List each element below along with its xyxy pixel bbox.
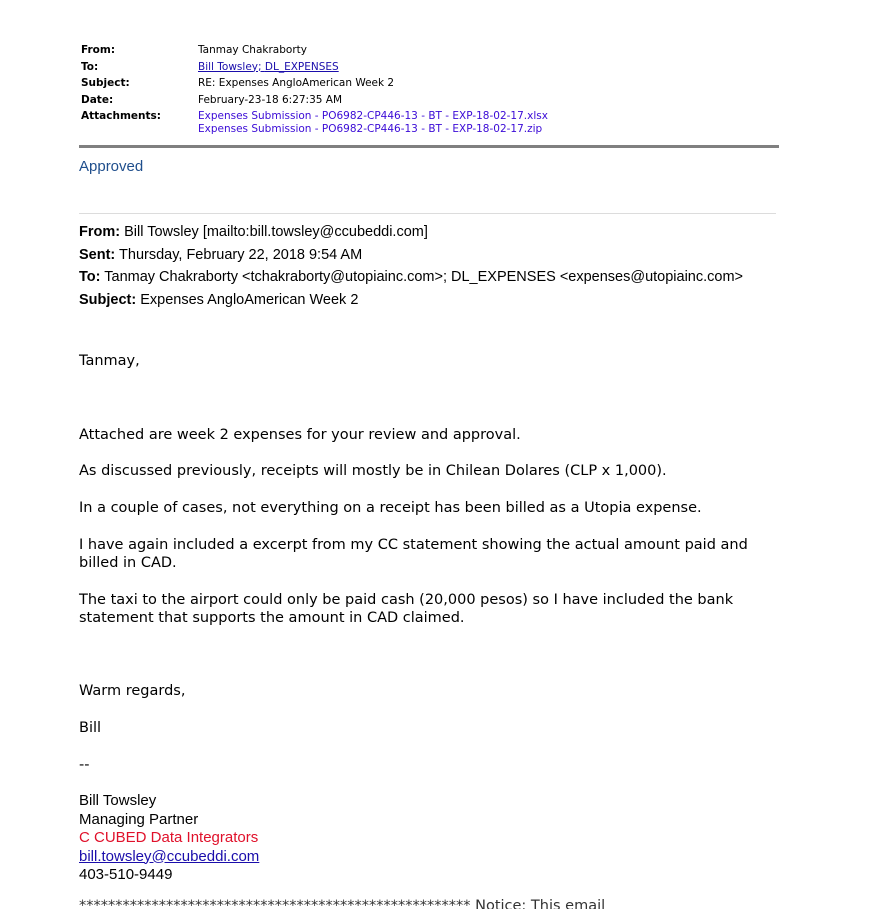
signature-block: Bill Towsley Managing Partner C CUBED Da… <box>79 792 259 885</box>
header-from-row: From: Tanmay Chakraborty <box>81 42 548 59</box>
paragraph-1: Attached are week 2 expenses for your re… <box>79 426 521 444</box>
greeting: Tanmay, <box>79 352 140 370</box>
from-label: From: <box>81 42 198 59</box>
header-attachments-row: Attachments: Expenses Submission - PO698… <box>81 108 548 125</box>
attachments-list: Expenses Submission - PO6982-CP446-13 - … <box>198 108 548 125</box>
header-subject-row: Subject: RE: Expenses AngloAmerican Week… <box>81 75 548 92</box>
recipient-link-dl-expenses[interactable]: DL_EXPENSES <box>265 61 339 73</box>
quoted-subject-value: Expenses AngloAmerican Week 2 <box>140 292 358 308</box>
quoted-divider <box>79 213 776 214</box>
signature-email-link[interactable]: bill.towsley@ccubeddi.com <box>79 848 259 865</box>
quoted-from: From: Bill Towsley [mailto:bill.towsley@… <box>79 221 743 244</box>
attachment-xlsx[interactable]: Expenses Submission - PO6982-CP446-13 - … <box>198 110 548 123</box>
email-header: From: Tanmay Chakraborty To: Bill Towsle… <box>81 42 548 125</box>
paragraph-5-line-1: The taxi to the airport could only be pa… <box>79 591 733 609</box>
paragraph-4-line-2: billed in CAD. <box>79 554 177 572</box>
sender-first-name: Bill <box>79 719 101 737</box>
reply-text: Approved <box>79 158 143 175</box>
recipient-separator: ; <box>258 61 265 73</box>
header-to-row: To: Bill Towsley; DL_EXPENSES <box>81 59 548 76</box>
header-divider <box>79 145 779 148</box>
signature-name: Bill Towsley <box>79 792 259 811</box>
header-date-row: Date: February-23-18 6:27:35 AM <box>81 92 548 109</box>
attachment-zip[interactable]: Expenses Submission - PO6982-CP446-13 - … <box>198 123 548 136</box>
from-value: Tanmay Chakraborty <box>198 42 548 59</box>
paragraph-2: As discussed previously, receipts will m… <box>79 462 667 480</box>
closing: Warm regards, <box>79 682 185 700</box>
quoted-sent-value: Thursday, February 22, 2018 9:54 AM <box>119 247 362 263</box>
signature-phone: 403-510-9449 <box>79 866 259 885</box>
quoted-sent-label: Sent: <box>79 247 115 263</box>
to-value: Bill Towsley; DL_EXPENSES <box>198 59 548 76</box>
quoted-header: From: Bill Towsley [mailto:bill.towsley@… <box>79 221 743 311</box>
recipient-link-bill-towsley[interactable]: Bill Towsley <box>198 61 258 73</box>
subject-label: Subject: <box>81 75 198 92</box>
signature-title: Managing Partner <box>79 811 259 830</box>
quoted-to-value: Tanmay Chakraborty <tchakraborty@utopiai… <box>104 269 743 285</box>
quoted-from-value: Bill Towsley [mailto:bill.towsley@ccubed… <box>124 224 428 240</box>
paragraph-4-line-1: I have again included a excerpt from my … <box>79 536 748 554</box>
signature-dashes: -- <box>79 756 89 774</box>
quoted-to: To: Tanmay Chakraborty <tchakraborty@uto… <box>79 266 743 289</box>
date-value: February-23-18 6:27:35 AM <box>198 92 548 109</box>
quoted-subject: Subject: Expenses AngloAmerican Week 2 <box>79 289 743 312</box>
to-label: To: <box>81 59 198 76</box>
paragraph-3: In a couple of cases, not everything on … <box>79 499 702 517</box>
legal-notice: ****************************************… <box>79 898 605 909</box>
paragraph-5-line-2: statement that supports the amount in CA… <box>79 609 465 627</box>
quoted-subject-label: Subject: <box>79 292 136 308</box>
quoted-sent: Sent: Thursday, February 22, 2018 9:54 A… <box>79 244 743 267</box>
date-label: Date: <box>81 92 198 109</box>
quoted-to-label: To: <box>79 269 100 285</box>
signature-company: C CUBED Data Integrators <box>79 829 259 848</box>
subject-value: RE: Expenses AngloAmerican Week 2 <box>198 75 548 92</box>
quoted-from-label: From: <box>79 224 120 240</box>
attachments-label: Attachments: <box>81 108 198 125</box>
